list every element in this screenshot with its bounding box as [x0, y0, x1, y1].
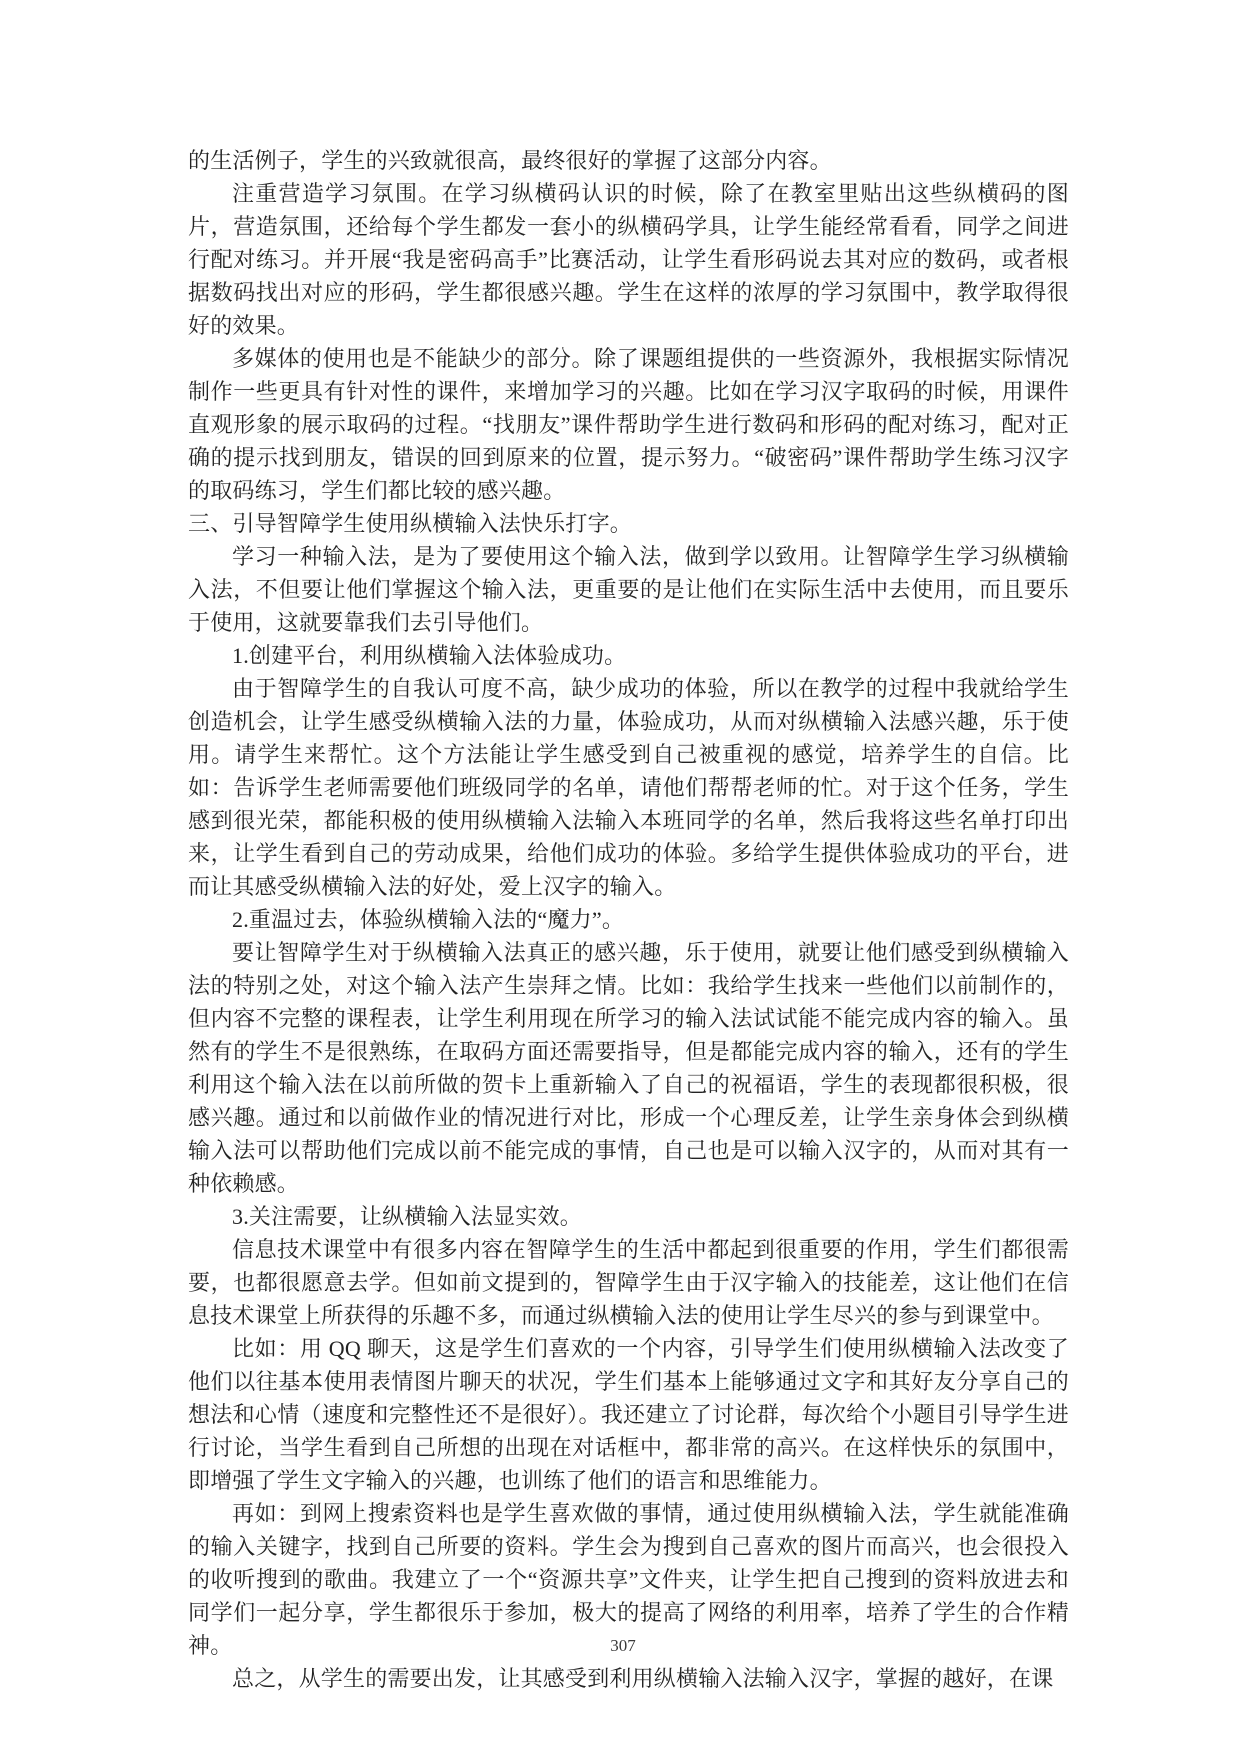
paragraph: 学习一种输入法，是为了要使用这个输入法，做到学以致用。让智障学生学习纵横输入法，…	[188, 540, 1069, 639]
paragraph: 比如：用 QQ 聊天，这是学生们喜欢的一个内容，引导学生们使用纵横输入法改变了他…	[188, 1332, 1069, 1497]
paragraph: 由于智障学生的自我认可度不高，缺少成功的体验，所以在教学的过程中我就给学生创造机…	[188, 672, 1069, 903]
document-page: 的生活例子，学生的兴致就很高，最终很好的掌握了这部分内容。注重营造学习氛围。在学…	[0, 0, 1246, 1763]
paragraph: 要让智障学生对于纵横输入法真正的感兴趣，乐于使用，就要让他们感受到纵横输入法的特…	[188, 936, 1069, 1200]
page-footer: 307	[0, 1636, 1246, 1656]
page-number: 307	[610, 1636, 636, 1655]
paragraph: 2.重温过去，体验纵横输入法的“魔力”。	[188, 903, 1069, 936]
paragraph: 的生活例子，学生的兴致就很高，最终很好的掌握了这部分内容。	[188, 144, 1069, 177]
paragraph: 信息技术课堂中有很多内容在智障学生的生活中都起到很重要的作用，学生们都很需要，也…	[188, 1233, 1069, 1332]
paragraph: 3.关注需要，让纵横输入法显实效。	[188, 1200, 1069, 1233]
paragraph: 多媒体的使用也是不能缺少的部分。除了课题组提供的一些资源外，我根据实际情况制作一…	[188, 342, 1069, 507]
paragraph: 总之，从学生的需要出发，让其感受到利用纵横输入法输入汉字，掌握的越好，在课	[188, 1662, 1069, 1695]
text-block: 的生活例子，学生的兴致就很高，最终很好的掌握了这部分内容。注重营造学习氛围。在学…	[188, 144, 1069, 1695]
paragraph: 1.创建平台，利用纵横输入法体验成功。	[188, 639, 1069, 672]
section-heading: 三、引导智障学生使用纵横输入法快乐打字。	[188, 507, 1069, 540]
paragraph: 注重营造学习氛围。在学习纵横码认识的时候，除了在教室里贴出这些纵横码的图片，营造…	[188, 177, 1069, 342]
